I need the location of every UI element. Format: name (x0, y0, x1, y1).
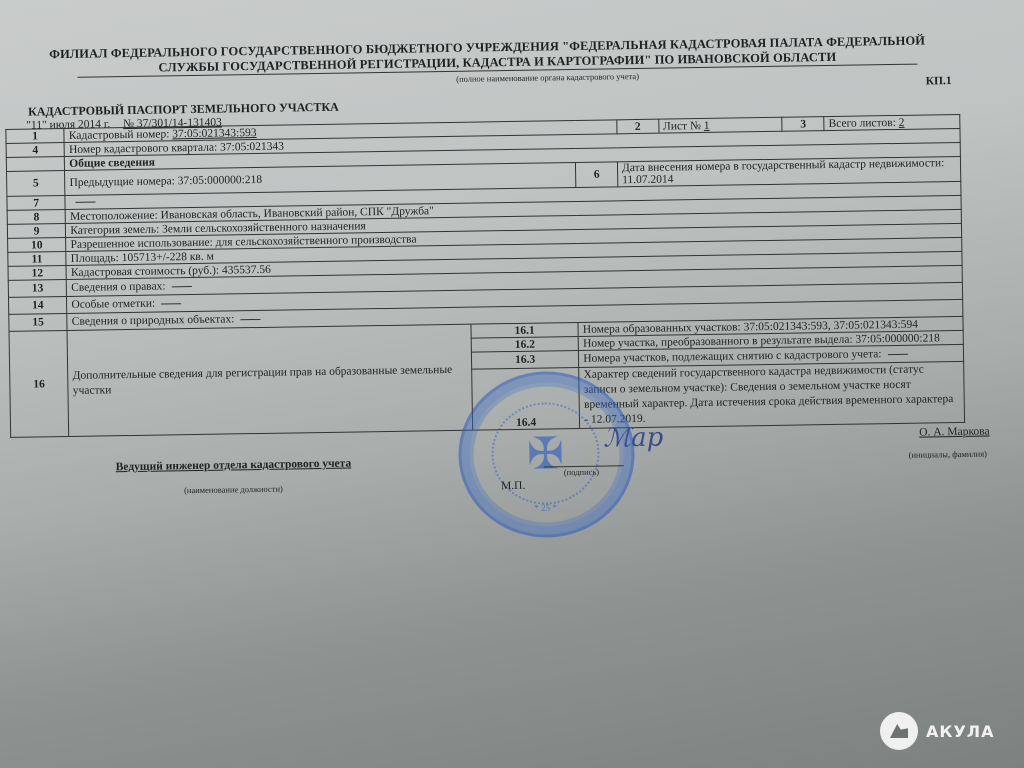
row-number: 3 (782, 117, 824, 132)
handwritten-signature: ℳap (603, 422, 694, 463)
row-number: 14 (8, 297, 67, 315)
row-number: 16 (9, 330, 69, 437)
signature-caption: (подпись) (564, 467, 599, 478)
empty-dash (161, 303, 181, 304)
row-number: 12 (8, 266, 67, 281)
signer-name: О. А. Маркова (919, 426, 990, 439)
row-number: 15 (9, 313, 68, 331)
empty-dash (240, 319, 260, 320)
empty-dash (76, 202, 96, 203)
sheet-number: 1 (704, 119, 710, 131)
cadastral-table: 1 Кадастровый номер: 37:05:021343:593 2 … (5, 114, 965, 438)
field-label: Сведения о правах: (71, 280, 166, 293)
record-status: Характер сведений государственного кадас… (579, 361, 965, 428)
watermark: АКУЛА (880, 712, 994, 750)
field-label: Кадастровый номер: (69, 128, 170, 142)
row-number: 11 (8, 252, 67, 267)
additional-info-label: Дополнительные сведения для регистрации … (67, 324, 472, 436)
field-label: Всего листов: (828, 116, 896, 129)
stamp-mark: М.П. (501, 480, 525, 492)
row-number: 13 (8, 280, 67, 298)
row-number: 6 (576, 162, 618, 188)
field-label: Особые отметки: (71, 298, 155, 311)
row-number: 9 (7, 224, 66, 239)
cadastral-number: 37:05:021343:593 (172, 127, 257, 140)
empty-dash (172, 286, 192, 287)
row-number: 10 (8, 238, 67, 253)
field-label: Номера участков, подлежащих снятию с кад… (583, 348, 881, 365)
position-caption: (наименование должности) (184, 484, 283, 496)
row-number: 8 (7, 210, 66, 225)
stamp-number: * 25 * (534, 502, 557, 512)
row-number: 7 (7, 196, 66, 211)
organization-header: ФИЛИАЛ ФЕДЕРАЛЬНОГО ГОСУДАРСТВЕННОГО БЮД… (37, 33, 938, 90)
name-caption: (инициалы, фамилия) (908, 449, 987, 460)
row-number: 5 (7, 171, 66, 197)
form-code: КП.1 (926, 75, 952, 87)
shark-logo-icon (880, 712, 918, 750)
row-number (6, 157, 65, 172)
empty-dash (888, 354, 908, 355)
signer-position: Ведущий инженер отдела кадастрового учет… (116, 458, 352, 474)
field-label: Лист № (663, 120, 701, 133)
row-number: 2 (617, 119, 659, 134)
document-sheet: ФИЛИАЛ ФЕДЕРАЛЬНОГО ГОСУДАРСТВЕННОГО БЮД… (0, 0, 1024, 768)
total-sheets: 2 (899, 116, 905, 128)
field-label: Сведения о природных объектах: (72, 313, 235, 328)
row-number: 4 (6, 143, 65, 158)
row-number: 1 (6, 129, 65, 144)
watermark-brand: АКУЛА (926, 722, 994, 741)
sub-row-number: 16.3 (471, 350, 579, 369)
